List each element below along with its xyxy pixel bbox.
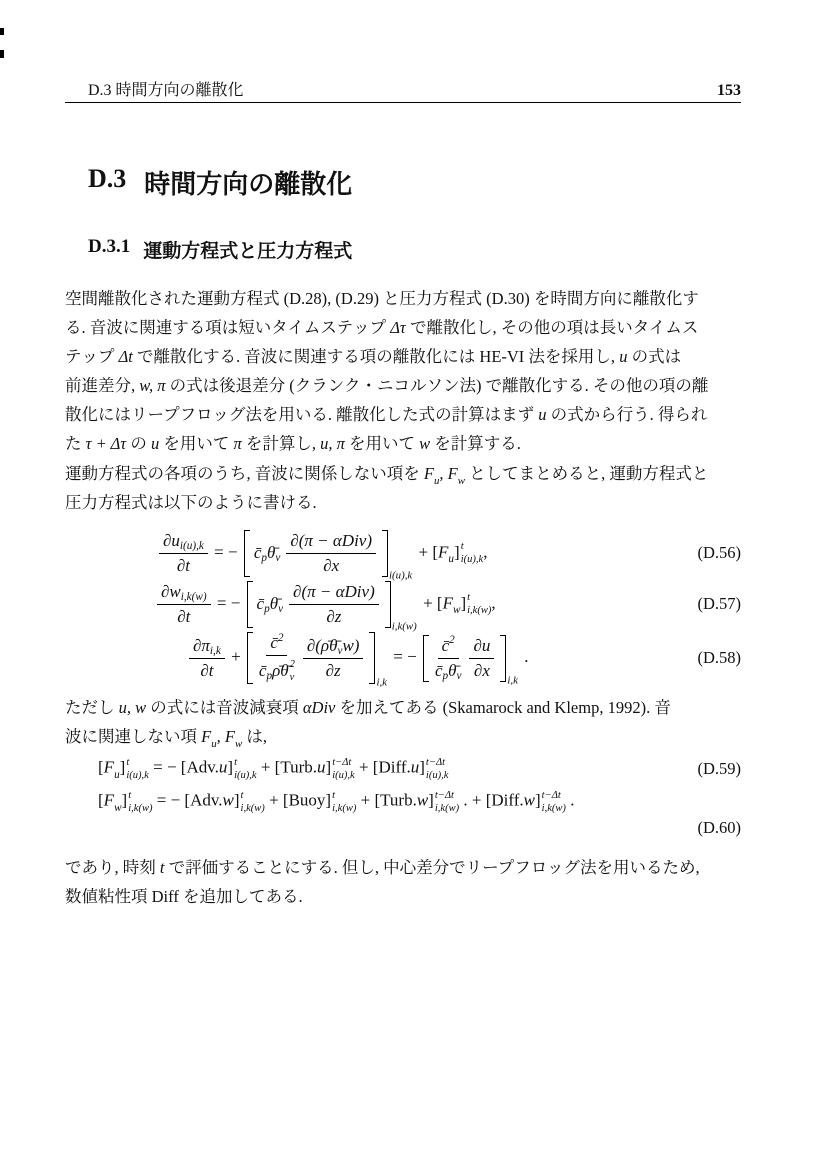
text-line: 数値粘性項 Diff を追加してある. [65,882,741,911]
running-head: D.3 時間方向の離散化 153 [65,78,741,103]
subsection-number: D.3.1 [88,236,130,263]
equation-d60-tagline: (D.60) [65,818,741,838]
text-block: D.3 時間方向の離散化 153 D.3 時間方向の離散化 D.3.1 運動方程… [65,0,741,1169]
equation-d60: [Fw]ti,k(w) = − [Adv.w]ti,k(w) + [Buoy]t… [65,788,741,816]
section-title: 時間方向の離散化 [144,164,352,201]
equation-tag: (D.57) [697,594,741,614]
equation-d58: ∂πi,k∂t + c̄2c̄pρ̄θ̄2v∂(ρ̄θ̄vw)∂zi,k = −… [65,630,741,686]
equation-d57: ∂wi,k(w)∂t = − c̄pθ̄v∂(π − αDiv)∂zi,k(w)… [65,578,741,630]
equation-d59: [Fu]ti(u),k = − [Adv.u]ti(u),k + [Turb.u… [65,755,741,783]
text-line: 前進差分, w, π の式は後退差分 (クランク・ニコルソン法) で離散化する.… [65,371,741,400]
text-line: 運動方程式の各項のうち, 音波に関係しない項を Fu, Fw としてまとめると,… [65,459,741,488]
text-line: た τ + Δτ の u を用いて π を計算し, u, π を用いて w を計… [65,429,741,458]
equation-tag: (D.59) [697,759,741,779]
subsection-title: 運動方程式と圧力方程式 [143,236,352,263]
scan-artifact-mark [0,28,4,35]
text-line: 散化にはリープフロッグ法を用いる. 離散化した式の計算はまず u の式から行う.… [65,400,741,429]
paragraph-3: ただし u, w の式には音波減衰項 αDiv を加えてある (Skamaroc… [65,693,741,751]
equation-body: ∂wi,k(w)∂t = − c̄pθ̄v∂(π − αDiv)∂zi,k(w)… [155,581,496,628]
equation-body: [Fw]ti,k(w) = − [Adv.w]ti,k(w) + [Buoy]t… [98,789,574,814]
equation-body: [Fu]ti(u),k = − [Adv.u]ti(u),k + [Turb.u… [98,756,448,781]
equation-tag: (D.58) [697,648,741,668]
section-number: D.3 [88,164,126,201]
document-page: D.3 時間方向の離散化 153 D.3 時間方向の離散化 D.3.1 運動方程… [0,0,826,1169]
equation-body: ∂ui(u),k∂t = − c̄pθ̄v∂(π − αDiv)∂xi(u),k… [157,530,487,577]
section-heading: D.3 時間方向の離散化 [88,164,352,201]
scan-artifact-mark [0,50,4,58]
paragraph-1: 空間離散化された運動方程式 (D.28), (D.29) と圧力方程式 (D.3… [65,284,741,458]
text-line: る. 音波に関連する項は短いタイムステップ Δτ で離散化し, その他の項は長い… [65,313,741,342]
text-line: テップ Δt で離散化する. 音波に関連する項の離散化には HE-VI 法を採用… [65,342,741,371]
text-line: ただし u, w の式には音波減衰項 αDiv を加えてある (Skamaroc… [65,693,741,722]
text-line: であり, 時刻 t で評価することにする. 但し, 中心差分でリープフロッグ法を… [65,853,741,882]
equation-tag: (D.60) [697,818,741,837]
page-number: 153 [717,82,741,100]
text-line: 波に関連しない項 Fu, Fw は, [65,722,741,751]
subsection-heading: D.3.1 運動方程式と圧力方程式 [88,236,352,263]
text-line: 圧力方程式は以下のように書ける. [65,488,741,517]
paragraph-4: であり, 時刻 t で評価することにする. 但し, 中心差分でリープフロッグ法を… [65,853,741,911]
paragraph-2: 運動方程式の各項のうち, 音波に関係しない項を Fu, Fw としてまとめると,… [65,459,741,517]
text-line: 空間離散化された運動方程式 (D.28), (D.29) と圧力方程式 (D.3… [65,284,741,313]
running-head-title: D.3 時間方向の離散化 [88,77,244,100]
equation-d56: ∂ui(u),k∂t = − c̄pθ̄v∂(π − αDiv)∂xi(u),k… [65,525,741,581]
equation-tag: (D.56) [697,543,741,563]
equation-body: ∂πi,k∂t + c̄2c̄pρ̄θ̄2v∂(ρ̄θ̄vw)∂zi,k = −… [187,632,528,684]
